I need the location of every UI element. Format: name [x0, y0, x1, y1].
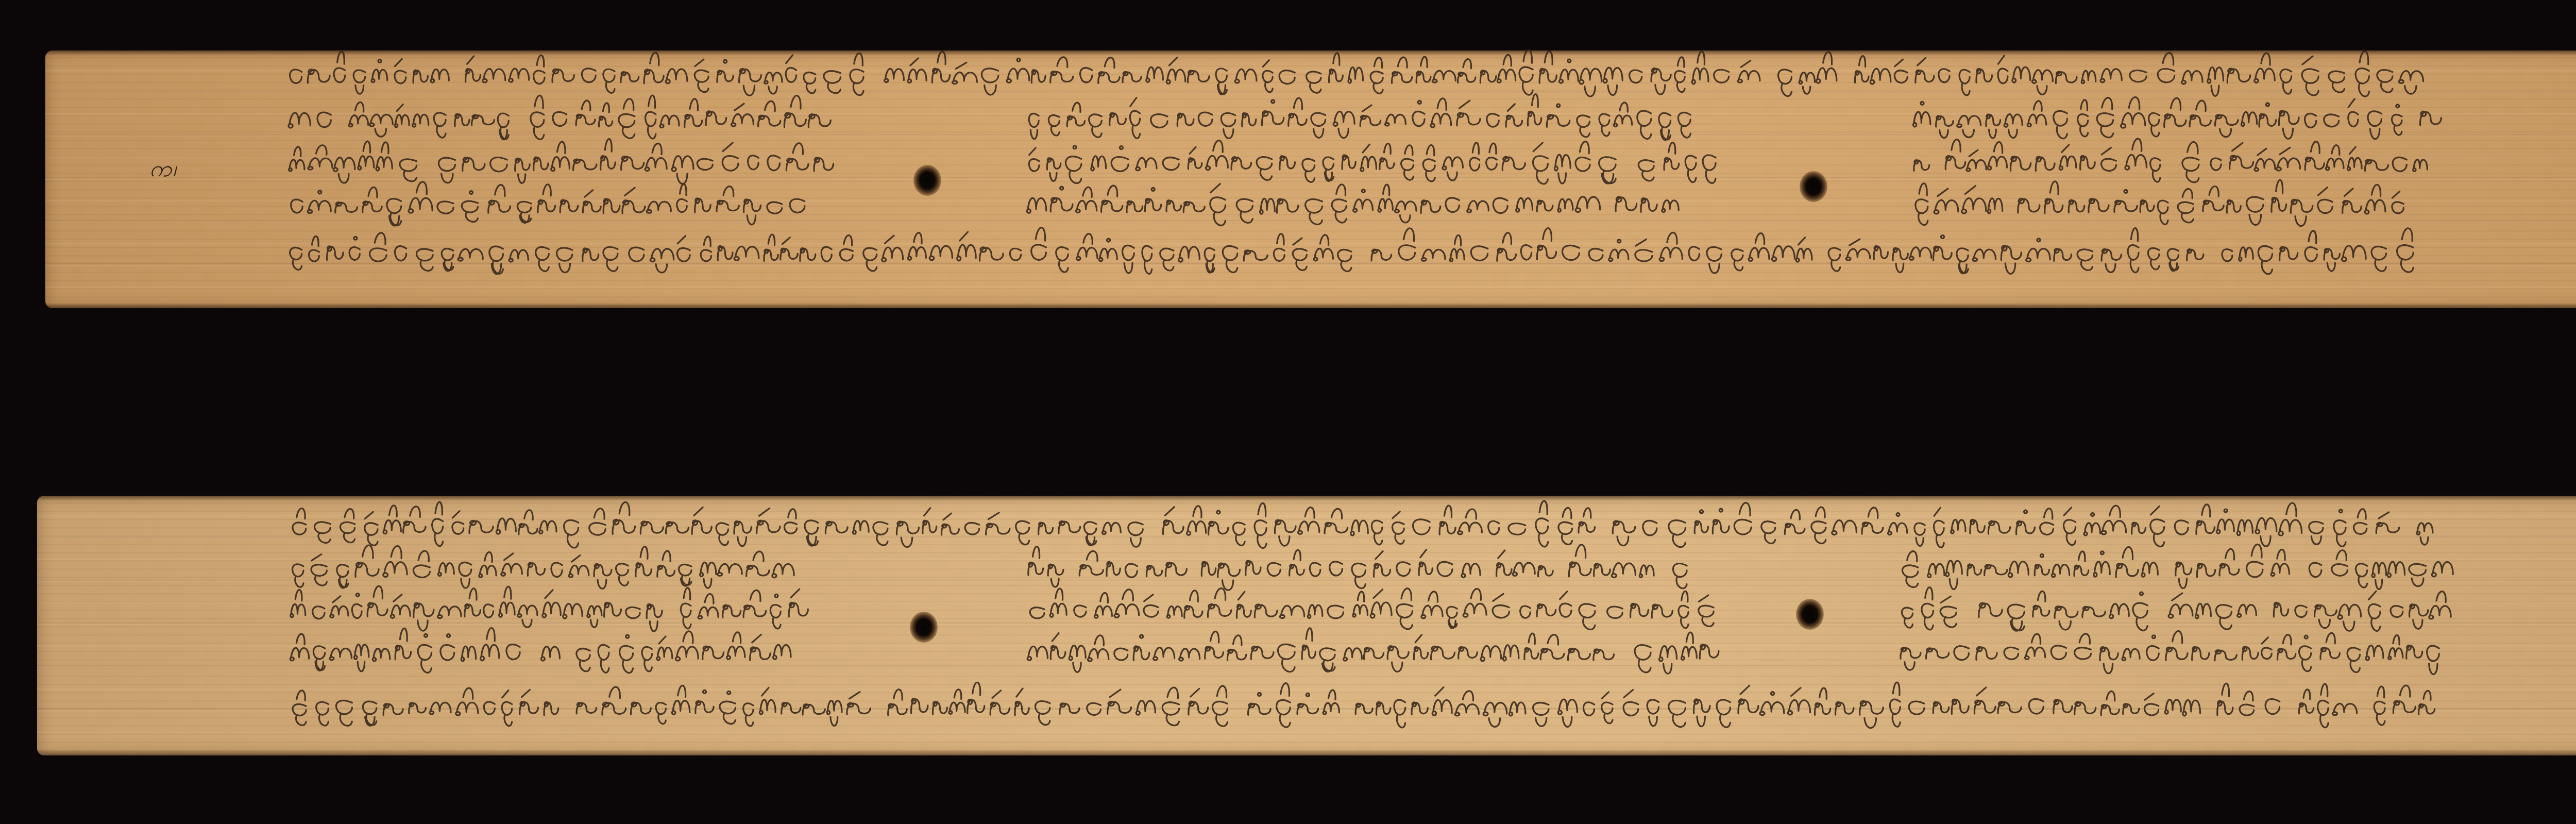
binding-hole: [1796, 599, 1824, 630]
binding-hole: [910, 612, 938, 643]
leaf-grain-texture: [45, 51, 2576, 308]
text-line-content: [handwritten script]: [0, 0, 1, 1]
text-line-content: [handwritten script]: [0, 0, 1, 1]
leaf-grain-texture: [37, 496, 2576, 755]
palm-leaf-2: [37, 496, 2576, 755]
text-line-content: [handwritten script]: [0, 0, 1, 1]
text-line-content: [handwritten script]: [0, 0, 1, 1]
leaf-edge: [37, 496, 2576, 501]
palm-leaf-1: [45, 51, 2576, 308]
binding-hole: [1800, 171, 1827, 202]
binding-hole: [913, 165, 941, 196]
text-line-content: [handwritten script]: [0, 0, 1, 1]
text-line-content: [handwritten script]: [0, 0, 1, 1]
text-line-content: [handwritten script]: [0, 0, 1, 1]
leaf-number-mark: က၊: [149, 155, 177, 188]
leaf-edge: [37, 750, 2576, 755]
text-line-content: [handwritten script]: [0, 0, 1, 1]
leaf-edge: [45, 303, 2576, 308]
text-line-content: [handwritten script]: [0, 0, 1, 1]
text-line-content: [handwritten script]: [0, 0, 1, 1]
leaf-edge: [45, 51, 2576, 56]
